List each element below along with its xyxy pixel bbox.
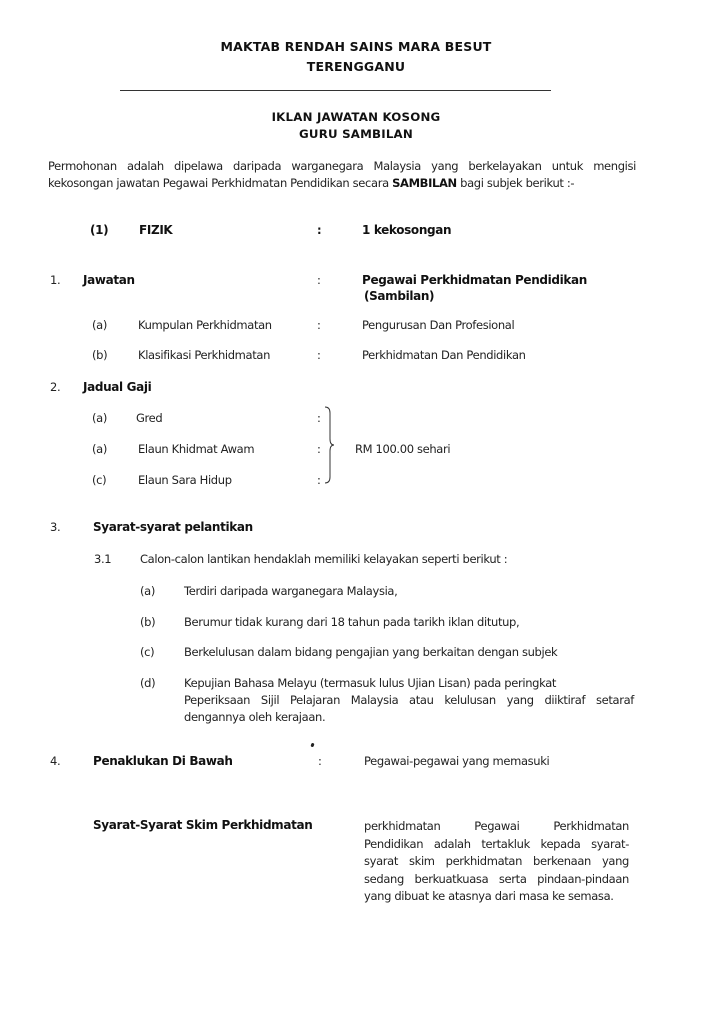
section-4-value: Pegawai-pegawai yang memasuki <box>364 754 549 768</box>
scheme-text: perkhidmatan Pegawai Perkhidmatan Pendid… <box>364 818 629 906</box>
section-4-colon: : <box>318 754 322 768</box>
vacancy-number: (1) <box>90 223 108 237</box>
jawatan-item-name: Kumpulan Perkhidmatan <box>138 318 272 332</box>
intro-paragraph: Permohonan adalah dipelawa daripada warg… <box>48 158 636 192</box>
scheme-title: Syarat-Syarat Skim Perkhidmatan <box>93 818 312 832</box>
institution-name: MAKTAB RENDAH SAINS MARA BESUT <box>0 39 712 54</box>
gaji-item-label: (a) <box>92 442 107 456</box>
section-1-value-cont: (Sambilan) <box>364 289 434 303</box>
gaji-item-label: (a) <box>92 411 107 425</box>
institution-state: TERENGGANU <box>0 59 712 74</box>
jawatan-item-colon: : <box>317 348 321 362</box>
header-divider <box>120 90 551 91</box>
subsection-text: Calon-calon lantikan hendaklah memiliki … <box>140 552 507 566</box>
requirement-label: (a) <box>140 584 155 598</box>
vacancy-colon: : <box>317 223 321 237</box>
gaji-item-colon: : <box>317 411 321 425</box>
subsection-number: 3.1 <box>94 552 111 566</box>
jawatan-item-colon: : <box>317 318 321 332</box>
requirement-text: Berumur tidak kurang dari 18 tahun pada … <box>184 615 519 629</box>
jawatan-item-label: (b) <box>92 348 107 362</box>
gaji-item-name: Elaun Khidmat Awam <box>138 442 254 456</box>
right-brace-icon <box>323 405 337 485</box>
requirement-text-cont: Peperiksaan Sijil Pelajaran Malaysia ata… <box>184 692 634 725</box>
intro-text-end: bagi subjek berikut :- <box>457 176 574 190</box>
section-1-value: Pegawai Perkhidmatan Pendidikan <box>362 273 587 287</box>
section-1-title: Jawatan <box>83 273 135 287</box>
document-subtitle: GURU SAMBILAN <box>0 127 712 141</box>
section-3-title: Syarat-syarat pelantikan <box>93 520 253 534</box>
section-3-number: 3. <box>50 520 60 534</box>
gaji-item-colon: : <box>317 473 321 487</box>
jawatan-item-value: Pengurusan Dan Profesional <box>362 318 514 332</box>
vacancy-count: 1 kekosongan <box>362 223 451 237</box>
gaji-value: RM 100.00 sehari <box>355 442 450 456</box>
requirement-text: Kepujian Bahasa Melayu (termasuk lulus U… <box>184 676 556 690</box>
gaji-item-name: Elaun Sara Hidup <box>138 473 232 487</box>
requirement-text: Berkelulusan dalam bidang pengajian yang… <box>184 645 557 659</box>
scan-speck <box>310 743 314 748</box>
jawatan-item-value: Perkhidmatan Dan Pendidikan <box>362 348 526 362</box>
intro-bold-sambilan: SAMBILAN <box>392 176 457 190</box>
gaji-item-name: Gred <box>136 411 162 425</box>
section-2-title: Jadual Gaji <box>83 380 151 394</box>
section-1-number: 1. <box>50 273 60 287</box>
requirement-text: Terdiri daripada warganegara Malaysia, <box>184 584 397 598</box>
document-title: IKLAN JAWATAN KOSONG <box>0 110 712 124</box>
section-1-colon: : <box>317 273 321 287</box>
requirement-label: (b) <box>140 615 155 629</box>
gaji-item-label: (c) <box>92 473 106 487</box>
section-2-number: 2. <box>50 380 60 394</box>
section-4-title: Penaklukan Di Bawah <box>93 754 233 768</box>
vacancy-subject: FIZIK <box>139 223 172 237</box>
section-4-number: 4. <box>50 754 60 768</box>
requirement-label: (d) <box>140 676 155 690</box>
requirement-label: (c) <box>140 645 154 659</box>
jawatan-item-label: (a) <box>92 318 107 332</box>
gaji-item-colon: : <box>317 442 321 456</box>
jawatan-item-name: Klasifikasi Perkhidmatan <box>138 348 270 362</box>
